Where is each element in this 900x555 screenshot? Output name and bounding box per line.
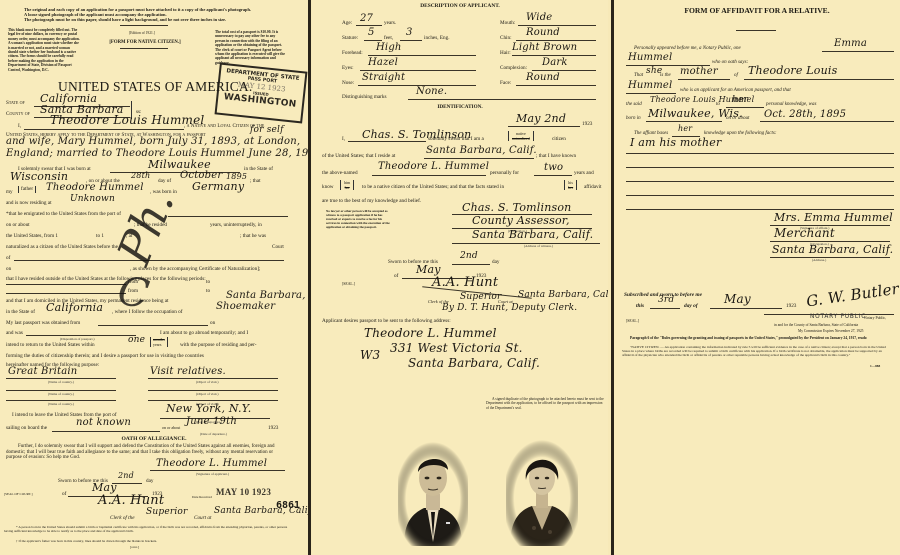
- occupation: Shoemaker: [216, 301, 275, 312]
- rule: [736, 30, 776, 31]
- hair-value: Light Brown: [512, 42, 577, 53]
- months-years-bracket: months years: [150, 337, 168, 347]
- rule: [452, 264, 490, 265]
- rule: [744, 79, 894, 80]
- court-at: Court at: [194, 515, 211, 522]
- caption: (Signature of applicant.): [196, 472, 229, 476]
- abroad-text: I am about to go abroad temporarily; and…: [160, 330, 248, 337]
- day-of: day of: [684, 303, 698, 310]
- rule: [626, 181, 894, 182]
- that-label: That: [634, 73, 643, 80]
- residing-label: and is now residing at: [6, 200, 52, 207]
- last-passport: My last passport was obtained from: [6, 320, 80, 327]
- chin-value: Round: [526, 27, 560, 38]
- rule: [770, 241, 890, 242]
- of-label: of: [62, 491, 66, 498]
- form-type: [FORM FOR NATIVE CITIZEN.]: [100, 40, 190, 47]
- feet-label: feet,: [384, 35, 393, 42]
- affidavit-label: affidavit: [584, 184, 601, 191]
- rule: [516, 40, 596, 41]
- witness-residence: Santa Barbara, Calif.: [426, 145, 537, 156]
- years-known: two: [544, 162, 563, 173]
- court-name: Superior: [460, 292, 502, 302]
- stature-feet: 5: [368, 27, 375, 38]
- rule: [150, 470, 285, 471]
- rule: [356, 25, 382, 26]
- return-period: one: [128, 335, 145, 345]
- description-identification-page: DESCRIPTION OF APPLICANT. Age: 27 years.…: [312, 0, 608, 555]
- commission-expires: My Commission Expires November 27, 1925: [798, 328, 863, 335]
- ship: not known: [76, 417, 131, 428]
- rule: [6, 400, 116, 401]
- rule: [534, 175, 572, 176]
- state-of-label: in the State of: [244, 166, 273, 173]
- face-value: Round: [526, 72, 560, 83]
- that-he-was: ; that he was: [240, 233, 266, 240]
- received-stamp: MAY 10 1923: [216, 487, 271, 497]
- emigrated-text: *that he emigrated to the United States …: [6, 211, 121, 218]
- complexion-value: Dark: [542, 57, 568, 68]
- seal-label: [SEAL.]: [342, 281, 355, 288]
- birth-date: Oct. 28th, 1895: [764, 109, 846, 120]
- rule: [516, 85, 596, 86]
- applicant-portrait-icon: [398, 442, 468, 546]
- day-label: day: [492, 259, 500, 266]
- known-text: ; that I have known: [536, 153, 576, 160]
- us-from: the United States, from 1: [6, 233, 58, 240]
- rule: [532, 70, 596, 71]
- rule: [52, 431, 160, 432]
- affiant-last-name: Hummel: [628, 52, 672, 63]
- marks-label: Distinguishing marks: [342, 94, 387, 101]
- rule: [148, 378, 278, 379]
- years-text: years, uninterruptedly, in: [210, 222, 262, 229]
- passport-application-page: The original and each copy of an applica…: [0, 0, 308, 555]
- affiant-signature: Mrs. Emma Hummel: [774, 211, 893, 224]
- age-label: Age:: [342, 20, 352, 27]
- born-in: born in: [626, 116, 641, 123]
- sworn-day: 3rd: [658, 295, 674, 305]
- her-label: her: [344, 185, 350, 190]
- county-label: County of: [6, 111, 30, 118]
- notary-stamp: NOTARY PUBLIC: [810, 314, 866, 320]
- send-address-line: Theodore L. Hummel: [364, 326, 497, 340]
- apply-handwritten: and wife, Mary Hummel, born July 31, 189…: [6, 136, 300, 147]
- id-date: May 2nd: [516, 112, 566, 125]
- send-text: Applicant desires passport to be sent to…: [322, 318, 451, 325]
- mouth-value: Wide: [526, 12, 552, 23]
- applicant-first-name: Theodore Louis: [748, 64, 837, 77]
- sworn-year: 1923: [786, 303, 796, 310]
- affiant-first-name: Emma: [834, 38, 867, 49]
- affiant-address: Santa Barbara, Calif.: [772, 243, 893, 256]
- of-label: of: [394, 273, 398, 280]
- rule: [512, 55, 596, 56]
- rule: [626, 209, 894, 210]
- photo-note: A signed duplicate of the photograph to …: [486, 397, 604, 410]
- on-label: on: [210, 320, 215, 327]
- duties-text: forming the duties of citizenship therei…: [6, 353, 204, 360]
- naturalized-label: naturalized: [512, 136, 530, 141]
- to-1: to 1: [96, 233, 104, 240]
- header-note-line: The photograph must be on thin paper, sh…: [24, 17, 251, 22]
- side-note-right: The total cost of a passport is $10.00. …: [215, 30, 285, 65]
- rule: [508, 126, 580, 127]
- clerk-signature: A.A. Hunt: [98, 493, 164, 508]
- forehead-value: High: [376, 42, 402, 53]
- and-was: and was: [6, 330, 23, 337]
- knowledge-pronoun: her: [732, 95, 748, 105]
- knowledge-text: personal knowledge, was: [766, 102, 816, 109]
- fact-line: I am his mother: [630, 136, 721, 149]
- citizen-label: citizen: [552, 136, 566, 143]
- rule: [518, 25, 596, 26]
- caption: (Disposition of passport.): [60, 337, 95, 341]
- id-year: 1923: [582, 121, 592, 128]
- rule: [770, 257, 890, 258]
- edition-label: [Edition of 1921.]: [112, 30, 172, 37]
- rule: [710, 308, 782, 309]
- rule: [98, 325, 208, 326]
- notary-public-label: Notary Public,: [864, 315, 886, 322]
- him-her-bracket: him her: [340, 180, 354, 190]
- relation: mother: [680, 66, 718, 77]
- chin-label: Chin:: [500, 35, 512, 42]
- rule: [360, 70, 476, 71]
- my-label: my: [6, 189, 13, 196]
- i-label: I,: [342, 136, 345, 143]
- page-divider: [308, 0, 311, 555]
- father-label: father: [18, 186, 36, 193]
- witness-occupation: County Assessor,: [472, 214, 570, 227]
- bases-pronoun: her: [678, 124, 692, 133]
- rule: [6, 390, 116, 391]
- resided-outside: that I have resided outside of the Unite…: [6, 276, 206, 283]
- rule: [6, 284, 126, 285]
- sworn-day: 2nd: [118, 471, 134, 480]
- native-naturalized-bracket: native naturalized: [508, 131, 534, 141]
- wife-photo: [506, 440, 578, 546]
- clerk-label: Clerk of the: [110, 515, 135, 522]
- father-birthplace: Germany: [192, 180, 244, 193]
- send-address-line: Santa Barbara, Calif.: [408, 356, 540, 370]
- his-her-bracket: his her: [564, 180, 577, 190]
- rule: [120, 48, 168, 49]
- on-label: on: [6, 266, 11, 273]
- send-address-line: 331 West Victoria St.: [390, 341, 523, 355]
- caption: (Address of witness.): [524, 244, 553, 248]
- hair-label: Hair:: [500, 50, 511, 57]
- rule: [408, 99, 596, 100]
- this-label: this: [636, 303, 644, 310]
- margin-mark: W3: [360, 348, 380, 362]
- complexion-label: Complexion:: [500, 65, 527, 72]
- purpose-text: with the purpose of residing and per-: [180, 342, 257, 349]
- rule: [626, 167, 894, 168]
- sailing-text: sailing on board the: [6, 425, 47, 432]
- sworn-day: 2nd: [460, 251, 478, 261]
- years-label: years: [153, 342, 165, 347]
- oath-title: OATH OF ALLEGIANCE.: [0, 436, 308, 443]
- is-the: is the: [660, 73, 671, 80]
- swear-text: solemnly swear that I am a: [428, 136, 484, 143]
- affidavit-for-relative-page: FORM OF AFFIDAVIT FOR A RELATIVE. Person…: [614, 0, 900, 555]
- eyes-value: Hazel: [368, 57, 398, 68]
- footnote: * A person born in the United States sho…: [4, 525, 294, 533]
- face-label: Face:: [500, 80, 511, 87]
- sworn-month: May: [724, 292, 751, 306]
- rule: [24, 129, 184, 130]
- caption: (Object of visit.): [196, 380, 219, 384]
- rule: [400, 40, 422, 41]
- applicant-name: Theodore L. Hummel: [378, 161, 489, 172]
- rule: [364, 40, 382, 41]
- rule: [646, 121, 722, 122]
- father-residence: Unknown: [70, 194, 115, 204]
- mouth-label: Mouth:: [500, 20, 515, 27]
- caption: (Address.): [812, 258, 826, 262]
- the-said: the said: [626, 102, 642, 109]
- rule: [120, 25, 168, 26]
- age-value: 27: [360, 13, 373, 24]
- apply-handwritten: for self: [250, 125, 284, 135]
- court-place: Santa Barbara, Cal.: [518, 290, 608, 300]
- true-text: are true to the best of my knowledge and…: [322, 198, 421, 205]
- witness-signature: Chas. S. Tomlinson: [462, 201, 571, 214]
- rule: [626, 93, 676, 94]
- rule: [6, 293, 126, 294]
- rule: [626, 153, 894, 154]
- i-label: I,: [18, 123, 21, 130]
- rule: [368, 55, 476, 56]
- naturalized-text: naturalized as a citizen of the United S…: [6, 244, 118, 251]
- application-number: 6861: [276, 500, 300, 511]
- rule: [822, 51, 894, 52]
- header-note: The original and each copy of an applica…: [24, 7, 251, 22]
- form-number: 1—888: [870, 364, 880, 368]
- caption: (Name of country.): [48, 380, 74, 384]
- sail-date: June 19th: [186, 416, 237, 427]
- applicant-last-name: Hummel: [628, 80, 672, 91]
- wife-portrait-icon: [506, 440, 578, 546]
- nose-label: Nose:: [342, 80, 354, 87]
- deputy-clerk: By D. T. Hunt, Deputy Clerk.: [442, 303, 577, 313]
- rule: [650, 308, 680, 309]
- of-us-text: of the United States; that I reside at: [322, 153, 395, 160]
- father-name: Theodore Hummel: [46, 182, 144, 193]
- rule: [678, 79, 730, 80]
- in-state-of: in the State of: [6, 309, 35, 316]
- native-citizen-text: to be a native citizen of the United Sta…: [362, 184, 504, 191]
- age-suffix: years.: [384, 20, 396, 27]
- marks-value: None.: [416, 86, 447, 97]
- day-of-label: day of: [158, 178, 171, 185]
- visit-object: Visit relatives.: [150, 366, 226, 377]
- inches-label: inches, Eng.: [424, 35, 450, 42]
- rule: [148, 390, 278, 391]
- on-or-about: on or about: [162, 425, 180, 432]
- rules-paragraph-title: Paragraph 6 of the "Rules governing the …: [622, 336, 894, 340]
- years-and: years and: [574, 170, 594, 177]
- rule: [424, 158, 534, 159]
- caption: (Name of country.): [48, 392, 74, 396]
- court-name: Superior: [146, 507, 188, 517]
- footnote: † If the applicant's father was born in …: [16, 539, 276, 543]
- of-label: of: [6, 255, 10, 262]
- received-label: Date Received: [192, 494, 212, 501]
- rule: [348, 141, 426, 142]
- day-label: day: [146, 478, 154, 485]
- caption: (Object of visit.): [196, 392, 219, 396]
- lawyer-note: No lawyer or other person will be accept…: [326, 210, 392, 230]
- rule: [148, 400, 278, 401]
- sail-year: 1923: [268, 425, 278, 432]
- identification-title: IDENTIFICATION.: [312, 104, 608, 111]
- domicile-state: California: [46, 301, 103, 314]
- rule: [26, 335, 136, 336]
- side-note-left: This blank must be completely filled out…: [8, 28, 80, 72]
- to-label: to: [206, 279, 210, 286]
- eyes-label: Eyes:: [342, 65, 354, 72]
- court-label: Court: [272, 244, 284, 251]
- applicant-photo: [398, 442, 468, 546]
- rule: [626, 195, 894, 196]
- of-label: of: [734, 73, 738, 80]
- witness-address: Santa Barbara, Calif.: [472, 228, 593, 241]
- on-or-about: on or about: [6, 222, 30, 229]
- affiant-occupation: Merchant: [774, 226, 835, 240]
- that-label: ; that: [250, 178, 261, 185]
- applicant-name: Theodore Louis Hummel: [50, 113, 204, 127]
- description-title: DESCRIPTION OF APPLICANT.: [312, 3, 608, 10]
- personally-for: personally for: [490, 170, 519, 177]
- birth-day: 28th: [131, 171, 150, 180]
- stature-label: Stature:: [342, 35, 358, 42]
- to-label: to: [206, 288, 210, 295]
- know-label: know: [322, 184, 334, 191]
- notary-signature: G. W. Butler: [805, 280, 900, 311]
- rule: [6, 378, 116, 379]
- return-text: intend to return to the United States wi…: [6, 342, 95, 349]
- applicant-text: who is an applicant for an American pass…: [680, 88, 791, 95]
- on-or-about: on or about: [726, 116, 749, 123]
- port: New York, N.Y.: [166, 402, 251, 415]
- nose-value: Straight: [362, 72, 405, 83]
- caption: (Name of country.): [48, 402, 74, 406]
- her-label: her: [568, 185, 573, 190]
- seal-label: [SEAL.]: [626, 318, 639, 325]
- country-name: Great Britain: [8, 366, 77, 377]
- seal-label: [SEAL OF COURT.]: [4, 491, 33, 498]
- forehead-label: Forehead:: [342, 50, 363, 57]
- stature-inches: 3: [406, 27, 413, 38]
- rule: [760, 121, 894, 122]
- affidavit-title: FORM OF AFFIDAVIT FOR A RELATIVE.: [614, 6, 900, 15]
- above-named: the above-named: [322, 170, 358, 177]
- state-label: State of: [6, 100, 25, 107]
- applicant-signature: Theodore L. Hummel: [156, 458, 267, 469]
- official-scrawl-annotation: Ph.: [106, 182, 184, 272]
- domicile: Santa Barbara,: [226, 290, 306, 301]
- rule: [168, 216, 288, 217]
- rules-paragraph-body: "NATIVE CITIZEN. — An application contai…: [622, 345, 894, 357]
- over-label: [over.]: [130, 545, 139, 549]
- rule: [372, 175, 486, 176]
